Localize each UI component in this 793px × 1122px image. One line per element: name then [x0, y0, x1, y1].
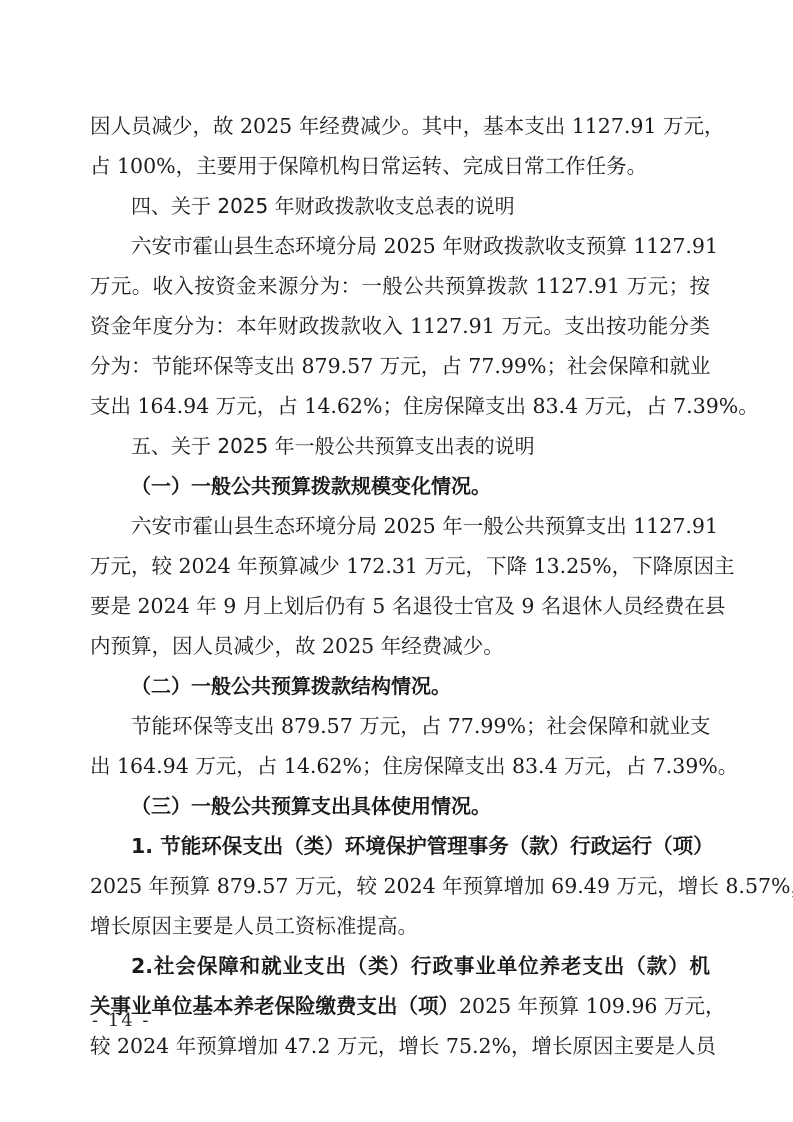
body-text-line: 分为：节能环保等支出 879.57 万元，占 77.99%；社会保障和就业 — [90, 346, 710, 386]
body-text-line-mixed: 关事业单位基本养老保险缴费支出（项）2025 年预算 109.96 万元， — [90, 986, 710, 1026]
body-text-line: 增长原因主要是人员工资标准提高。 — [90, 906, 710, 946]
body-text-line: 要是 2024 年 9 月上划后仍有 5 名退役士官及 9 名退休人员经费在县 — [90, 586, 710, 626]
subsection-heading-2: （二）一般公共预算拨款结构情况。 — [90, 666, 710, 706]
body-text-line: 内预算，因人员减少，故 2025 年经费减少。 — [90, 626, 710, 666]
body-text-fragment: 2025 年预算 109.96 万元， — [459, 994, 725, 1018]
section-heading-4: 四、关于 2025 年财政拨款收支总表的说明 — [90, 186, 710, 226]
body-text-line: 较 2024 年预算增加 47.2 万元，增长 75.2%，增长原因主要是人员 — [90, 1026, 710, 1066]
page-number: - 14 - — [92, 1010, 151, 1031]
document-page: 因人员减少，故 2025 年经费减少。其中，基本支出 1127.91 万元， 占… — [90, 106, 710, 1066]
subsection-heading-1: （一）一般公共预算拨款规模变化情况。 — [90, 466, 710, 506]
body-text-line: 六安市霍山县生态环境分局 2025 年财政拨款收支预算 1127.91 — [90, 226, 710, 266]
subsection-heading-3: （三）一般公共预算支出具体使用情况。 — [90, 786, 710, 826]
body-text-line: 出 164.94 万元，占 14.62%；住房保障支出 83.4 万元，占 7.… — [90, 746, 710, 786]
body-text-line: 2025 年预算 879.57 万元，较 2024 年预算增加 69.49 万元… — [90, 866, 710, 906]
body-text-line: 万元，较 2024 年预算减少 172.31 万元，下降 13.25%，下降原因… — [90, 546, 710, 586]
body-text-line: 六安市霍山县生态环境分局 2025 年一般公共预算支出 1127.91 — [90, 506, 710, 546]
body-text-line: 万元。收入按资金来源分为：一般公共预算拨款 1127.91 万元；按 — [90, 266, 710, 306]
body-text-line: 因人员减少，故 2025 年经费减少。其中，基本支出 1127.91 万元， — [90, 106, 710, 146]
body-text-line: 支出 164.94 万元，占 14.62%；住房保障支出 83.4 万元，占 7… — [90, 386, 710, 426]
body-text-line: 节能环保等支出 879.57 万元，占 77.99%；社会保障和就业支 — [90, 706, 710, 746]
item-heading-1: 1. 节能环保支出（类）环境保护管理事务（款）行政运行（项） — [90, 826, 710, 866]
section-heading-5: 五、关于 2025 年一般公共预算支出表的说明 — [90, 426, 710, 466]
body-text-line: 资金年度分为：本年财政拨款收入 1127.91 万元。支出按功能分类 — [90, 306, 710, 346]
item-heading-2: 2.社会保障和就业支出（类）行政事业单位养老支出（款）机 — [90, 946, 710, 986]
body-text-line: 占 100%，主要用于保障机构日常运转、完成日常工作任务。 — [90, 146, 710, 186]
